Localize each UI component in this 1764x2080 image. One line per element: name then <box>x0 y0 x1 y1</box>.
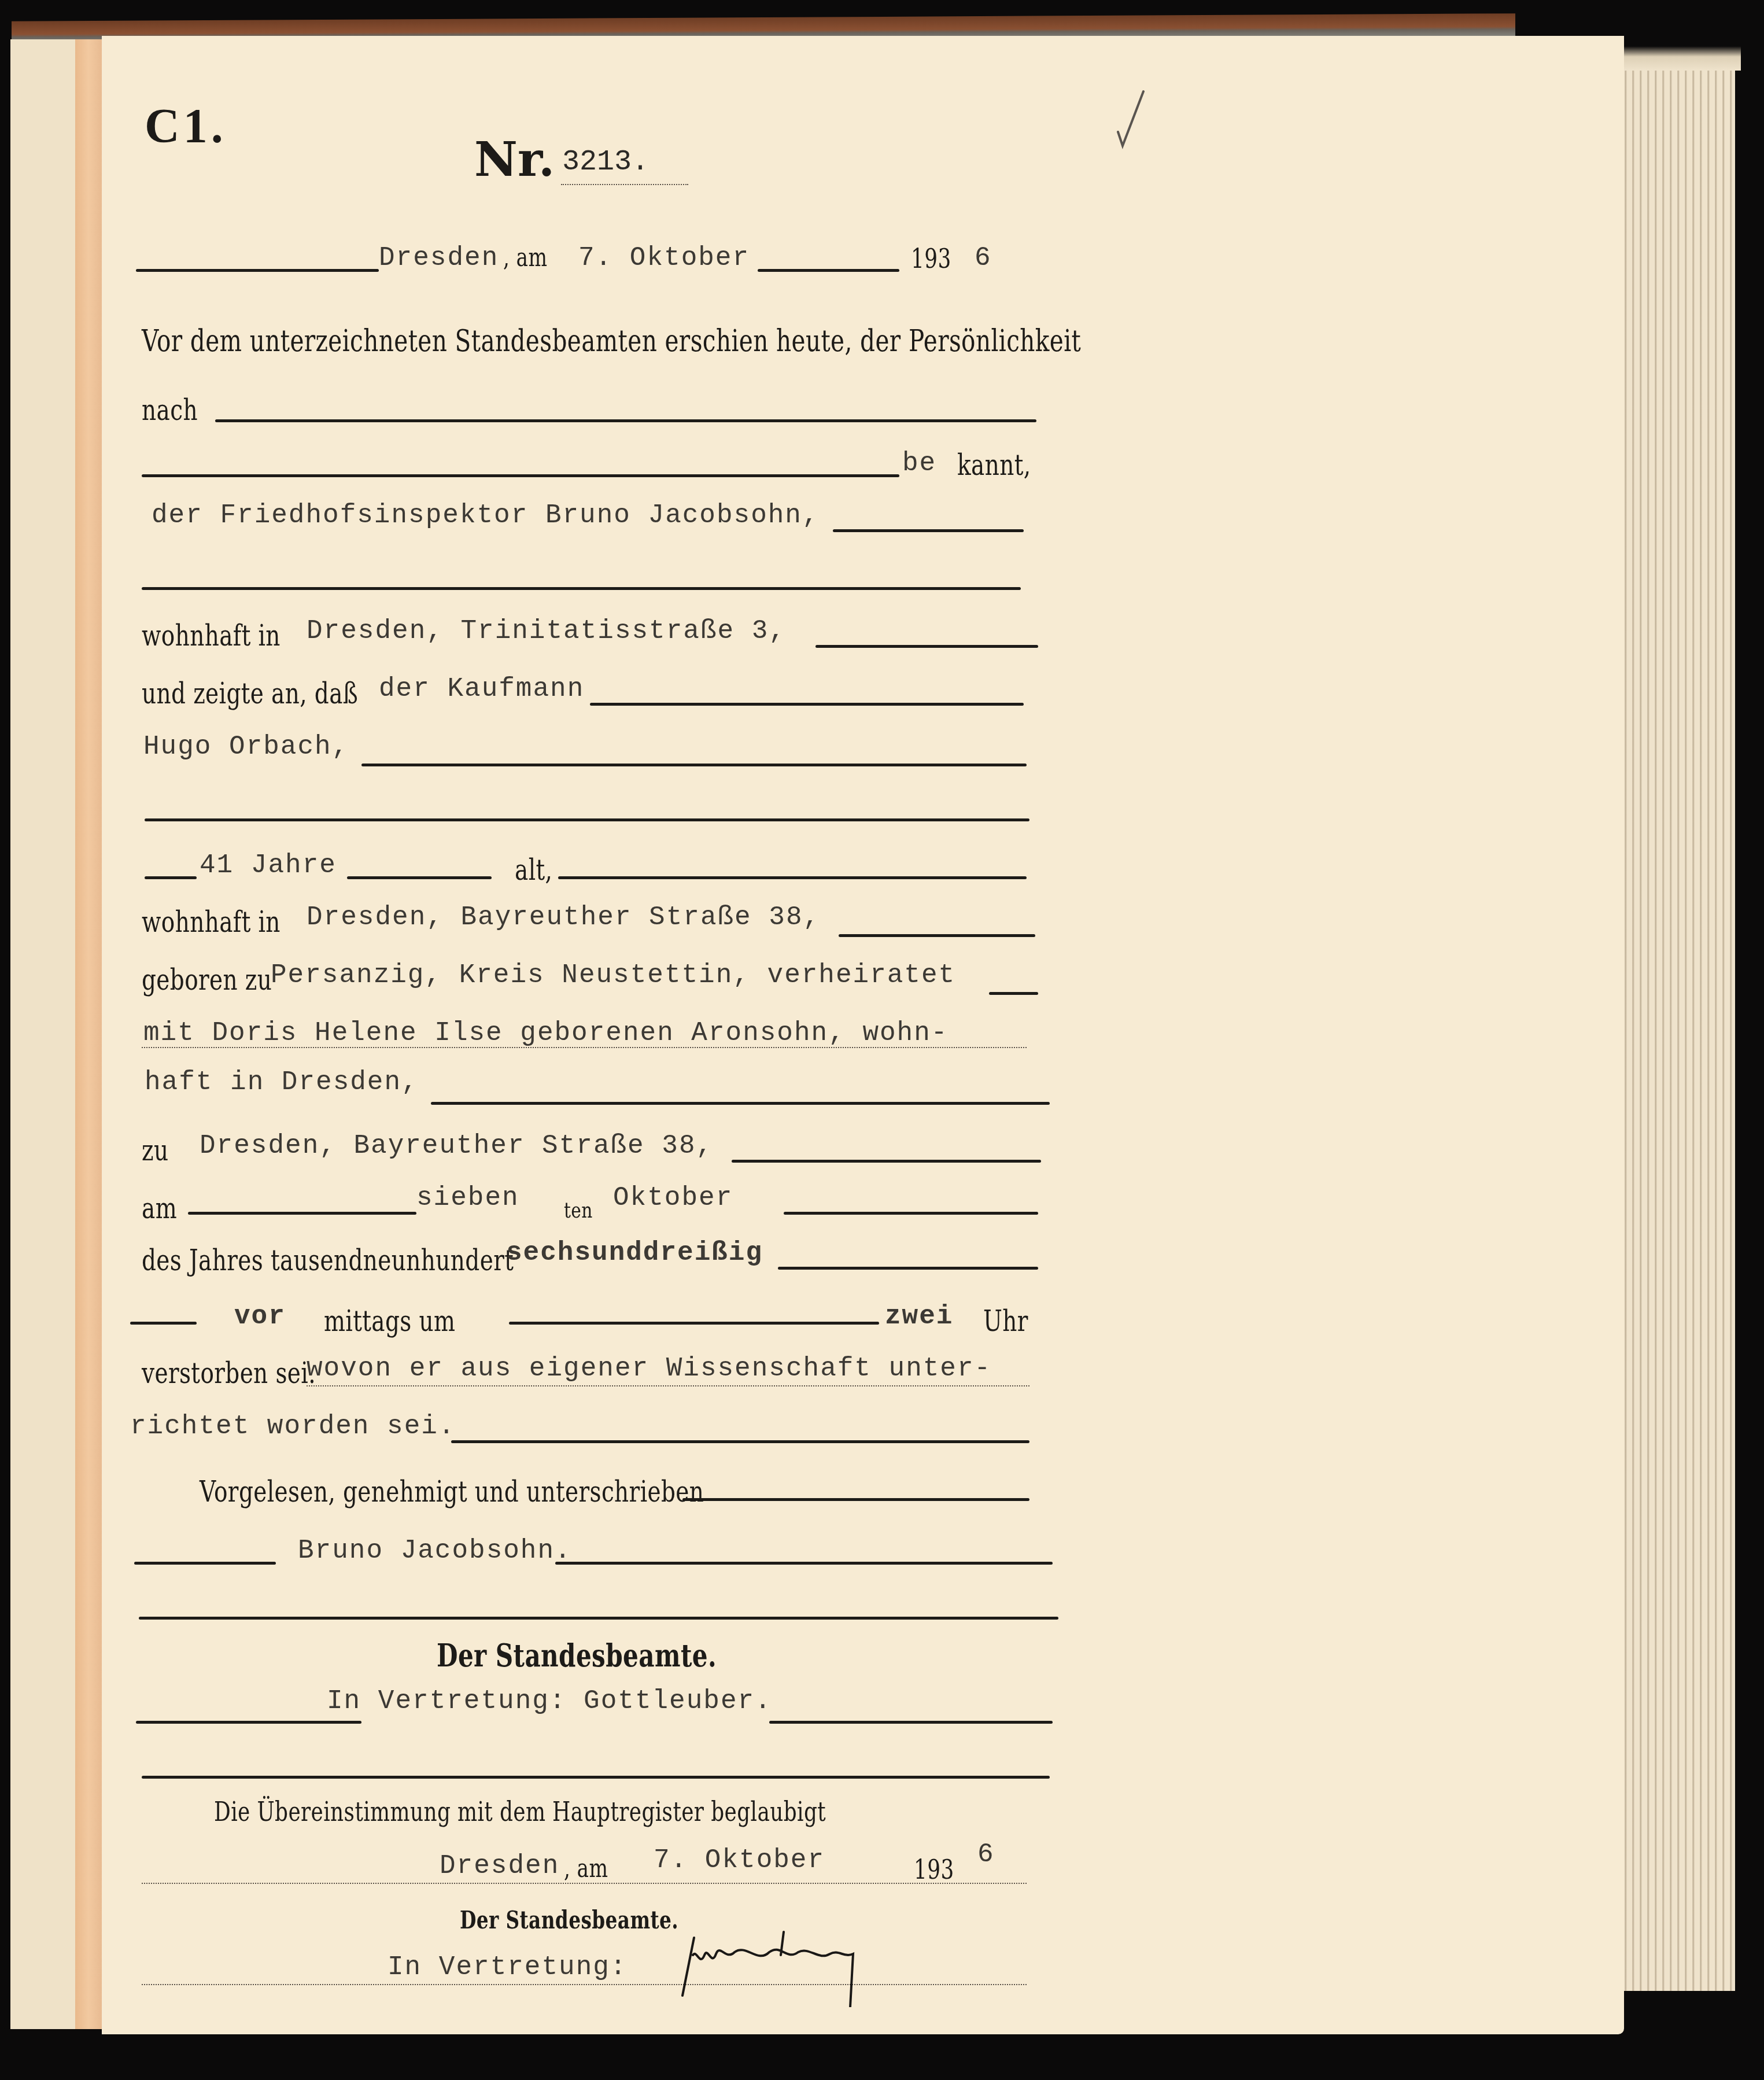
rule <box>347 876 492 879</box>
intro-text: Vor dem unterzeichneten Standesbeamten e… <box>142 324 1081 359</box>
informant: der Friedhofsinspektor Bruno Jacobsohn, <box>152 500 820 530</box>
uhr-label: Uhr <box>983 1304 1028 1338</box>
header-year-suffix: 6 <box>975 243 992 273</box>
death-hour: zwei <box>885 1301 953 1332</box>
spouse-line-1: mit Doris Helene Ilse geborenen Aronsohn… <box>143 1018 948 1048</box>
header-year-prefix: 193 <box>911 243 951 274</box>
header-place: Dresden <box>379 243 499 273</box>
rule <box>145 818 1029 821</box>
knowledge-line-2: richtet worden sei. <box>130 1411 456 1441</box>
registrar-title: Der Standesbeamte. <box>437 1637 717 1674</box>
page-stack-edges <box>1619 36 1735 1991</box>
des-jahres-label: des Jahres tausendneunhundert <box>142 1244 514 1277</box>
spouse-line-2: haft in Dresden, <box>145 1067 419 1097</box>
rule <box>509 1322 879 1325</box>
rule <box>784 1212 1038 1215</box>
cert-year-suffix: 6 <box>977 1839 995 1869</box>
rule <box>134 1562 276 1565</box>
rule <box>758 269 899 272</box>
verstorben-label: verstorben sei. <box>142 1356 316 1390</box>
page-gutter <box>75 39 102 2029</box>
dotted-rule <box>307 1385 1029 1386</box>
informant-residence: Dresden, Trinitatisstraße 3, <box>307 616 786 646</box>
registrar-line: In Vertretung: Gottleuber. <box>327 1686 772 1716</box>
rule <box>778 1267 1038 1270</box>
rule <box>590 703 1024 706</box>
rule <box>136 1721 361 1724</box>
cert-am: , am <box>564 1854 608 1883</box>
geboren-label: geboren zu <box>142 963 272 997</box>
informant-signature: Bruno Jacobsohn. <box>298 1536 572 1566</box>
rule <box>139 1617 1058 1620</box>
deceased-name: Hugo Orbach, <box>143 732 349 762</box>
handwritten-signature <box>671 1920 925 2007</box>
checkmark-icon <box>1113 87 1148 150</box>
vorgelesen-text: Vorgelesen, genehmigt und unterschrieben <box>200 1475 704 1509</box>
vor-label: vor <box>234 1301 286 1332</box>
rule <box>136 269 379 272</box>
series-label: C1. <box>145 98 227 154</box>
ten-label: ten <box>564 1197 593 1223</box>
header-date: 7. Oktober <box>578 243 750 273</box>
wohnhaft-label: wohnhaft in <box>142 619 281 652</box>
death-day: sieben <box>416 1183 519 1213</box>
rule <box>130 1322 197 1325</box>
rule <box>769 1721 1053 1724</box>
cert-registrar-title: Der Standesbeamte. <box>460 1906 678 1934</box>
knowledge-line-1: wovon er aus eigener Wissenschaft unter- <box>307 1354 991 1384</box>
be-prefix: be <box>902 448 936 478</box>
deceased-residence: Dresden, Bayreuther Straße 38, <box>307 902 820 932</box>
death-year: sechsunddreißig <box>506 1238 763 1268</box>
number-label: Nr. <box>474 132 555 187</box>
rule <box>431 1102 1050 1105</box>
rule <box>682 1498 1029 1501</box>
rule <box>839 934 1035 937</box>
rule <box>145 876 197 879</box>
zu-label: zu <box>142 1134 168 1167</box>
dotted-rule <box>142 1047 1027 1048</box>
age: 41 Jahre <box>200 850 337 880</box>
number-underline <box>561 184 688 185</box>
header-am: , am <box>503 243 547 272</box>
rule <box>142 474 899 477</box>
deceased-occupation: der Kaufmann <box>379 674 584 704</box>
rule <box>815 645 1038 648</box>
rule <box>558 876 1027 879</box>
rule <box>732 1160 1041 1163</box>
certification-text: Die Übereinstimmung mit dem Hauptregiste… <box>214 1796 826 1827</box>
alt-label: alt, <box>515 853 552 887</box>
nach-label: nach <box>142 393 198 427</box>
rule <box>188 1212 416 1215</box>
rule <box>451 1440 1029 1443</box>
record-number: 3213. <box>562 146 649 179</box>
cert-date: 7. Oktober <box>654 1845 825 1875</box>
rule <box>555 1562 1053 1565</box>
deceased-residence-label: wohnhaft in <box>142 905 281 939</box>
rule <box>833 529 1024 532</box>
death-month: Oktober <box>613 1183 733 1213</box>
cert-place: Dresden <box>440 1851 559 1881</box>
rule <box>361 764 1027 766</box>
kannt-suffix: kannt, <box>957 448 1031 482</box>
mittags-um-label: mittags um <box>324 1304 455 1338</box>
birthplace: Persanzig, Kreis Neustettin, verheiratet <box>271 960 955 990</box>
rule <box>142 1776 1050 1779</box>
death-place: Dresden, Bayreuther Straße 38, <box>200 1131 713 1161</box>
left-page-edge <box>10 39 79 2029</box>
rule <box>142 587 1021 590</box>
und-zeigte-label: und zeigte an, daß <box>142 677 358 710</box>
rule <box>215 419 1036 422</box>
cert-in-vertretung: In Vertretung: <box>388 1952 627 1982</box>
cert-year-prefix: 193 <box>914 1854 954 1885</box>
am-label: am <box>142 1192 177 1225</box>
rule <box>989 992 1038 995</box>
